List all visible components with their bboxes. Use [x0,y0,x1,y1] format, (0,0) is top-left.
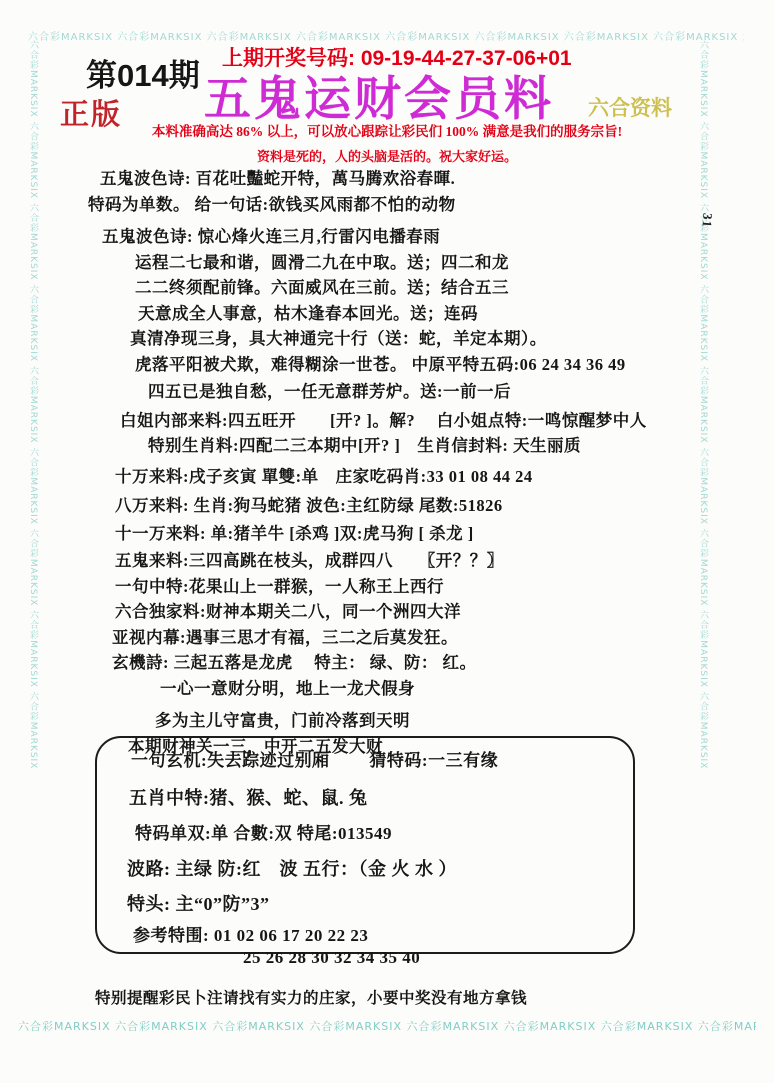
footer-reminder: 特别提醒彩民卜注请找有实力的庄家，小要中奖没有地方拿钱 [95,986,527,1008]
tip-line: 六合独家料:财神本期关二八，同一个洲四大洋 [115,599,728,625]
watermark-bottom: 六合彩MARKSIX 六合彩MARKSIX 六合彩MARKSIX 六合彩MARK… [18,1018,756,1033]
box-line: 25 26 28 30 32 34 35 40 [243,947,633,969]
tip-line: 十万来料:戌子亥寅 單雙:单 庄家吃码肖:33 01 08 44 24 [115,464,728,490]
box-line: 波路: 主绿 防:红 波 五行：（金 火 水 ） [127,858,633,880]
box-line: 特头: 主“0”防”3” [127,893,633,915]
tip-line: 四五已是独自愁，一任无意群芳炉。送:一前一后 [148,379,728,405]
accuracy-slogan: 本料准确高达 86% 以上，可以放心跟踪让彩民们 100% 满意是我们的服务宗旨… [0,120,774,140]
tip-line: 特码为单数。 给一句话:欲钱买风雨都不怕的动物 [88,192,728,218]
tip-line: 真清净现三身，具大神通完十行（送：蛇，羊定本期）。 [130,326,728,352]
motto-line: 资料是死的，人的头脑是活的。祝大家好运。 [0,146,774,165]
tip-line: 多为主儿守富贵，门前冷落到天明 [155,708,728,734]
lottery-tip-sheet: 六合彩MARKSIX 六合彩MARKSIX 六合彩MARKSIX 六合彩MARK… [0,0,774,1083]
box-line: 特码单双:单 合數:双 特尾:013549 [135,823,633,845]
tip-line: 五鬼波色诗: 百花吐豔蛇开特，萬马腾欢浴春暉. [100,166,728,192]
issue-number: 第014期 [86,50,200,95]
tip-line: 八万来料: 生肖:狗马蛇猪 波色:主红防绿 尾数:51826 [115,493,728,519]
tip-line: 白姐内部来料:四五旺开 [开? ]。解? 白小姐点特:一鸣惊醒梦中人 [120,408,728,434]
tip-line: 二二终须配前锋。六面威风在三前。送；结合五三 [135,275,728,301]
tip-line: 五鬼来料:三四高跳在枝头，成群四八 〖开？？〗 [115,548,728,574]
tip-line: 十一万来料: 单:猪羊牛 [杀鸡 ]双:虎马狗 [ 杀龙 ] [115,521,728,547]
tip-line: 五鬼波色诗: 惊心烽火连三月,行雷闪电播春雨 [102,224,728,250]
tip-line: 虎落平阳被犬欺，难得糊涂一世苍。 中原平特五码:06 24 34 36 49 [135,352,728,378]
tip-line: 特别生肖料:四配二三本期中[开? ] 生肖信封料: 天生丽质 [148,433,728,459]
prediction-box: 一句玄机:失去踪迹过别厢 猜特码:一三有缘 五肖中特:猪、猴、蛇、鼠. 兔 特码… [95,736,635,954]
tip-line: 玄機詩: 三起五落是龙虎 特主： 绿、防： 红。 [112,650,728,676]
corner-tag: 六合资料 [588,92,672,122]
tip-line: 运程二七最和谐，圆滑二九在中取。送；四二和龙 [135,250,728,276]
box-line: 一句玄机:失去踪迹过别厢 猜特码:一三有缘 [131,750,633,772]
tip-line: 一句中特:花果山上一群猴，一人称王上西行 [115,574,728,600]
tip-line: 天意成全人事意，枯木逢春本回光。送；连码 [138,301,728,327]
tip-line: 亚视内幕:遇事三思才有福，三二之后莫发狂。 [112,625,728,651]
watermark-left: 六合彩MARKSIX 六合彩MARKSIX 六合彩MARKSIX 六合彩MARK… [27,40,40,1015]
tip-line: 一心一意财分明，地上一龙犬假身 [160,676,728,702]
tip-lines-section: 五鬼波色诗: 百花吐豔蛇开特，萬马腾欢浴春暉. 特码为单数。 给一句话:欲钱买风… [60,166,728,759]
box-line: 参考特围: 01 02 06 17 20 22 23 [133,925,633,947]
page-title: 五鬼运财会员料 [204,62,554,129]
box-line: 五肖中特:猪、猴、蛇、鼠. 兔 [129,787,633,809]
watermark-top: 六合彩MARKSIX 六合彩MARKSIX 六合彩MARKSIX 六合彩MARK… [28,28,744,41]
